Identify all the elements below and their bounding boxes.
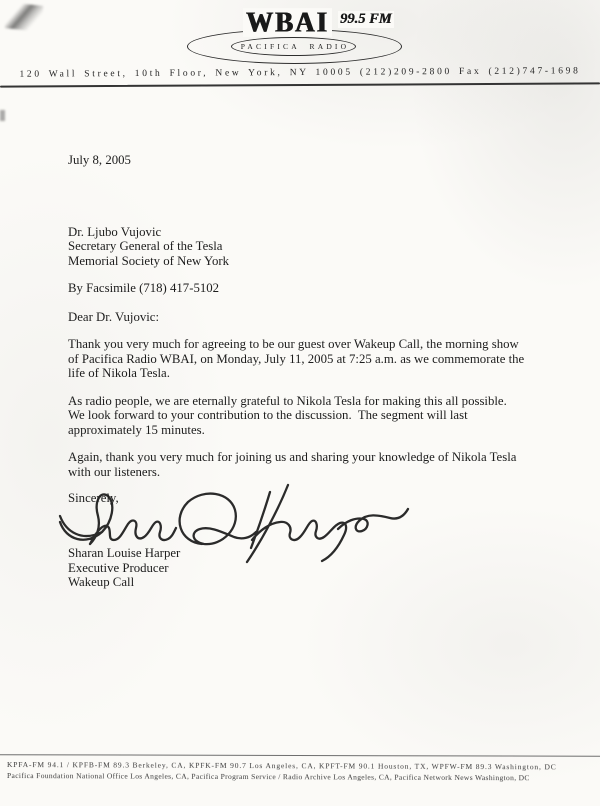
signer-name: Sharan Louise Harper <box>68 546 180 561</box>
paragraph-2: As radio people, we are eternally gratef… <box>68 394 588 438</box>
signer-block: Sharan Louise Harper Executive Producer … <box>68 546 180 590</box>
paragraph-1: Thank you very much for agreeing to be o… <box>68 337 588 381</box>
letter-body: July 8, 2005 Dr. Ljubo VujovicSecretary … <box>68 153 588 506</box>
paragraph-3: Again, thank you very much for joining u… <box>68 450 588 479</box>
pacifica-radio-ellipse: PACIFICA RADIO <box>231 37 356 56</box>
footer-offices-line: Pacifica Foundation National Office Los … <box>7 771 597 783</box>
network-name: PACIFICA RADIO <box>238 42 350 51</box>
delivery-line: By Facsimile (718) 417-5102 <box>68 281 588 296</box>
letterhead-rule <box>0 82 600 87</box>
letterhead-address-line: 120 Wall Street, 10th Floor, New York, N… <box>0 66 600 80</box>
signer-org: Wakeup Call <box>68 575 180 590</box>
salutation: Dear Dr. Vujovic: <box>68 310 588 325</box>
station-name: WBAI <box>243 8 332 37</box>
recipient-block: Dr. Ljubo VujovicSecretary General of th… <box>68 225 588 269</box>
closing: Sincerely, <box>68 491 588 506</box>
date-line: July 8, 2005 <box>68 153 588 168</box>
scanned-letter-page: WBAI 99.5 FM PACIFICA RADIO 120 Wall Str… <box>0 0 600 806</box>
station-frequency: 99.5 FM <box>338 11 394 28</box>
scan-edge-mark <box>0 110 5 121</box>
scan-smudge-artifact <box>5 2 44 32</box>
footer-stations-line: KPFA-FM 94.1 / KPFB-FM 89.3 Berkeley, CA… <box>7 760 597 772</box>
signer-title: Executive Producer <box>68 561 180 576</box>
footer-rule <box>0 754 600 757</box>
